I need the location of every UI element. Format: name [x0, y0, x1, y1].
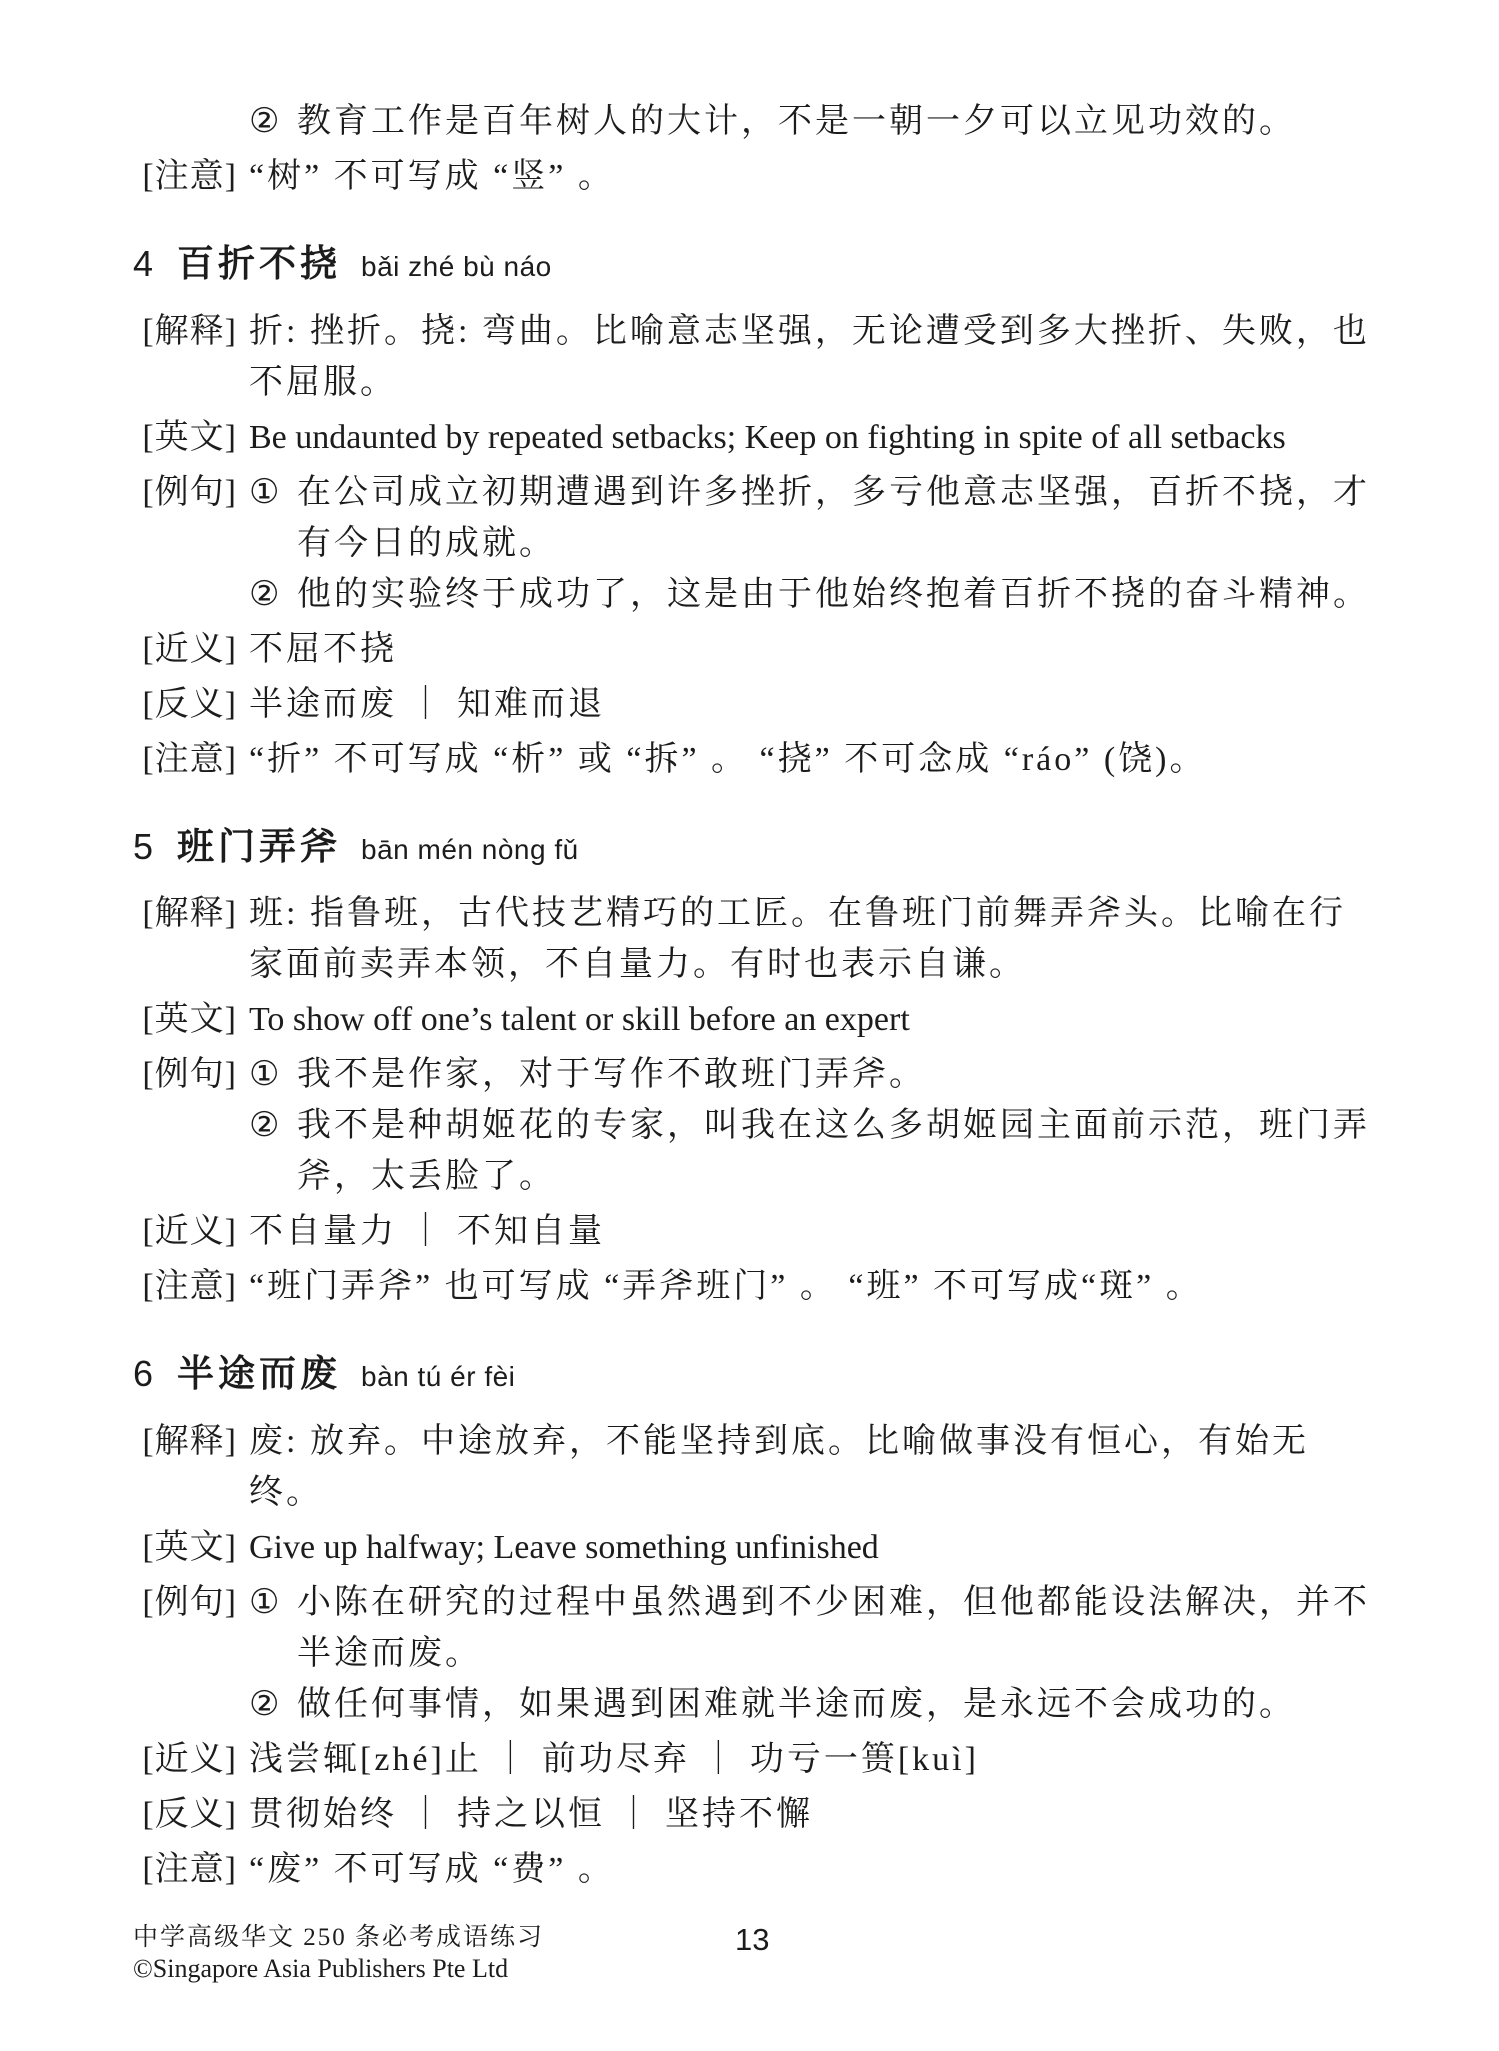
- example-item: ① 在公司成立初期遭遇到许多挫折，多亏他意志坚强，百折不挠，才有今日的成就。: [249, 467, 1381, 569]
- label-examples: [例句]: [133, 1049, 237, 1202]
- example-text: 我不是作家，对于写作不敢班门弄斧。: [297, 1049, 1381, 1100]
- label-examples: [例句]: [133, 467, 237, 620]
- label-synonyms: [近义]: [133, 1734, 237, 1785]
- synonyms-row: [近义] 浅尝辄[zhé]止 ｜ 前功尽弃 ｜ 功亏一篑[kuì]: [133, 1734, 1381, 1785]
- examples-row: [例句] ① 我不是作家，对于写作不敢班门弄斧。 ② 我不是种胡姬花的专家，叫我…: [133, 1049, 1381, 1202]
- note-text: “废” 不可写成 “费” 。: [237, 1844, 1381, 1895]
- label-antonyms: [反义]: [133, 1789, 237, 1840]
- idiom-title: 百折不挠: [177, 236, 341, 292]
- note-text: “班门弄斧” 也可写成 “弄斧班门” 。 “班” 不可写成“斑” 。: [237, 1261, 1381, 1312]
- carryover-note-row: [注意] “树” 不可写成 “竖” 。: [133, 151, 1381, 202]
- label-examples: [例句]: [133, 1577, 237, 1730]
- entry-heading: 4 百折不挠 bǎi zhé bù náo: [133, 236, 1381, 292]
- entry-number: 6: [133, 1347, 153, 1401]
- example-text: 教育工作是百年树人的大计，不是一朝一夕可以立见功效的。: [297, 96, 1381, 147]
- label-english: [英文]: [133, 994, 237, 1045]
- synonyms-text: 不屈不挠: [237, 624, 1381, 675]
- note-row: [注意] “班门弄斧” 也可写成 “弄斧班门” 。 “班” 不可写成“斑” 。: [133, 1261, 1381, 1312]
- entry-heading: 5 班门弄斧 bān mén nòng fǔ: [133, 819, 1381, 875]
- idiom-pinyin: bǎi zhé bù náo: [361, 246, 552, 288]
- english-text: Give up halfway; Leave something unfinis…: [237, 1522, 1381, 1573]
- idiom-title: 班门弄斧: [177, 819, 341, 875]
- explanation-row: [解释] 折: 挫折。挠: 弯曲。比喻意志坚强，无论遭受到多大挫折、失败，也不屈…: [133, 306, 1381, 408]
- example-text: 他的实验终于成功了，这是由于他始终抱着百折不挠的奋斗精神。: [297, 569, 1381, 620]
- note-row: [注意] “废” 不可写成 “费” 。: [133, 1844, 1381, 1895]
- label-explanation: [解释]: [133, 888, 237, 990]
- label-english: [英文]: [133, 1522, 237, 1573]
- idiom-pinyin: bàn tú ér fèi: [361, 1356, 515, 1398]
- example-number: ②: [249, 96, 297, 147]
- explanation-row: [解释] 废: 放弃。中途放弃，不能坚持到底。比喻做事没有恒心，有始无终。: [133, 1416, 1381, 1518]
- entry-number: 4: [133, 237, 153, 291]
- label-english: [英文]: [133, 412, 237, 463]
- idiom-title: 半途而废: [177, 1346, 341, 1402]
- page-footer: 中学高级华文 250 条必考成语练习 ©Singapore Asia Publi…: [133, 1922, 544, 1986]
- note-label: [注意]: [133, 151, 237, 202]
- page-number: 13: [735, 1922, 769, 1958]
- explanation-text: 班: 指鲁班，古代技艺精巧的工匠。在鲁班门前舞弄斧头。比喻在行家面前卖弄本领，不…: [237, 888, 1381, 990]
- explanation-row: [解释] 班: 指鲁班，古代技艺精巧的工匠。在鲁班门前舞弄斧头。比喻在行家面前卖…: [133, 888, 1381, 990]
- entry-number: 5: [133, 820, 153, 874]
- example-text: 做任何事情，如果遇到困难就半途而废，是永远不会成功的。: [297, 1679, 1381, 1730]
- antonyms-row: [反义] 贯彻始终 ｜ 持之以恒 ｜ 坚持不懈: [133, 1789, 1381, 1840]
- explanation-text: 折: 挫折。挠: 弯曲。比喻意志坚强，无论遭受到多大挫折、失败，也不屈服。: [237, 306, 1381, 408]
- label-synonyms: [近义]: [133, 1206, 237, 1257]
- entry-heading: 6 半途而废 bàn tú ér fèi: [133, 1346, 1381, 1402]
- label-note: [注意]: [133, 1844, 237, 1895]
- example-text: 在公司成立初期遭遇到许多挫折，多亏他意志坚强，百折不挠，才有今日的成就。: [297, 467, 1381, 569]
- explanation-text: 废: 放弃。中途放弃，不能坚持到底。比喻做事没有恒心，有始无终。: [237, 1416, 1381, 1518]
- english-row: [英文] Give up halfway; Leave something un…: [133, 1522, 1381, 1573]
- english-row: [英文] To show off one’s talent or skill b…: [133, 994, 1381, 1045]
- book-title: 中学高级华文 250 条必考成语练习: [133, 1922, 544, 1953]
- example-item: ② 做任何事情，如果遇到困难就半途而废，是永远不会成功的。: [249, 1679, 1381, 1730]
- example-number: ②: [249, 569, 297, 620]
- antonyms-text: 贯彻始终 ｜ 持之以恒 ｜ 坚持不懈: [237, 1789, 1381, 1840]
- carryover-example: ② 教育工作是百年树人的大计，不是一朝一夕可以立见功效的。: [249, 96, 1381, 147]
- idiom-entry-4: 4 百折不挠 bǎi zhé bù náo [解释] 折: 挫折。挠: 弯曲。比…: [133, 236, 1381, 785]
- note-text: “树” 不可写成 “竖” 。: [237, 151, 1381, 202]
- english-text: To show off one’s talent or skill before…: [237, 994, 1381, 1045]
- label-note: [注意]: [133, 734, 237, 785]
- example-number: ②: [249, 1679, 297, 1730]
- antonyms-row: [反义] 半途而废 ｜ 知难而退: [133, 679, 1381, 730]
- example-number: ①: [249, 1577, 297, 1679]
- synonyms-row: [近义] 不自量力 ｜ 不知自量: [133, 1206, 1381, 1257]
- examples-row: [例句] ① 小陈在研究的过程中虽然遇到不少困难，但他都能设法解决，并不半途而废…: [133, 1577, 1381, 1730]
- note-row: [注意] “折” 不可写成 “析” 或 “拆” 。 “挠” 不可念成 “ráo”…: [133, 734, 1381, 785]
- example-item: ② 我不是种胡姬花的专家，叫我在这么多胡姬园主面前示范，班门弄斧，太丢脸了。: [249, 1100, 1381, 1202]
- idiom-entry-6: 6 半途而废 bàn tú ér fèi [解释] 废: 放弃。中途放弃，不能坚…: [133, 1346, 1381, 1895]
- synonyms-row: [近义] 不屈不挠: [133, 624, 1381, 675]
- example-text: 我不是种胡姬花的专家，叫我在这么多胡姬园主面前示范，班门弄斧，太丢脸了。: [297, 1100, 1381, 1202]
- idiom-pinyin: bān mén nòng fǔ: [361, 829, 579, 871]
- example-number: ①: [249, 467, 297, 569]
- label-explanation: [解释]: [133, 1416, 237, 1518]
- example-item: ① 我不是作家，对于写作不敢班门弄斧。: [249, 1049, 1381, 1100]
- example-text: 小陈在研究的过程中虽然遇到不少困难，但他都能设法解决，并不半途而废。: [297, 1577, 1381, 1679]
- label-note: [注意]: [133, 1261, 237, 1312]
- example-number: ②: [249, 1100, 297, 1202]
- english-row: [英文] Be undaunted by repeated setbacks; …: [133, 412, 1381, 463]
- idiom-entry-5: 5 班门弄斧 bān mén nòng fǔ [解释] 班: 指鲁班，古代技艺精…: [133, 819, 1381, 1313]
- note-text: “折” 不可写成 “析” 或 “拆” 。 “挠” 不可念成 “ráo” (饶)。: [237, 734, 1381, 785]
- label-explanation: [解释]: [133, 306, 237, 408]
- copyright-line: ©Singapore Asia Publishers Pte Ltd: [133, 1953, 544, 1986]
- synonyms-text: 不自量力 ｜ 不知自量: [237, 1206, 1381, 1257]
- synonyms-text: 浅尝辄[zhé]止 ｜ 前功尽弃 ｜ 功亏一篑[kuì]: [237, 1734, 1381, 1785]
- example-item: ② 他的实验终于成功了，这是由于他始终抱着百折不挠的奋斗精神。: [249, 569, 1381, 620]
- page-content: ② 教育工作是百年树人的大计，不是一朝一夕可以立见功效的。 [注意] “树” 不…: [0, 0, 1499, 1895]
- antonyms-text: 半途而废 ｜ 知难而退: [237, 679, 1381, 730]
- example-number: ①: [249, 1049, 297, 1100]
- label-synonyms: [近义]: [133, 624, 237, 675]
- english-text: Be undaunted by repeated setbacks; Keep …: [237, 412, 1381, 463]
- label-antonyms: [反义]: [133, 679, 237, 730]
- example-item: ① 小陈在研究的过程中虽然遇到不少困难，但他都能设法解决，并不半途而废。: [249, 1577, 1381, 1679]
- examples-row: [例句] ① 在公司成立初期遭遇到许多挫折，多亏他意志坚强，百折不挠，才有今日的…: [133, 467, 1381, 620]
